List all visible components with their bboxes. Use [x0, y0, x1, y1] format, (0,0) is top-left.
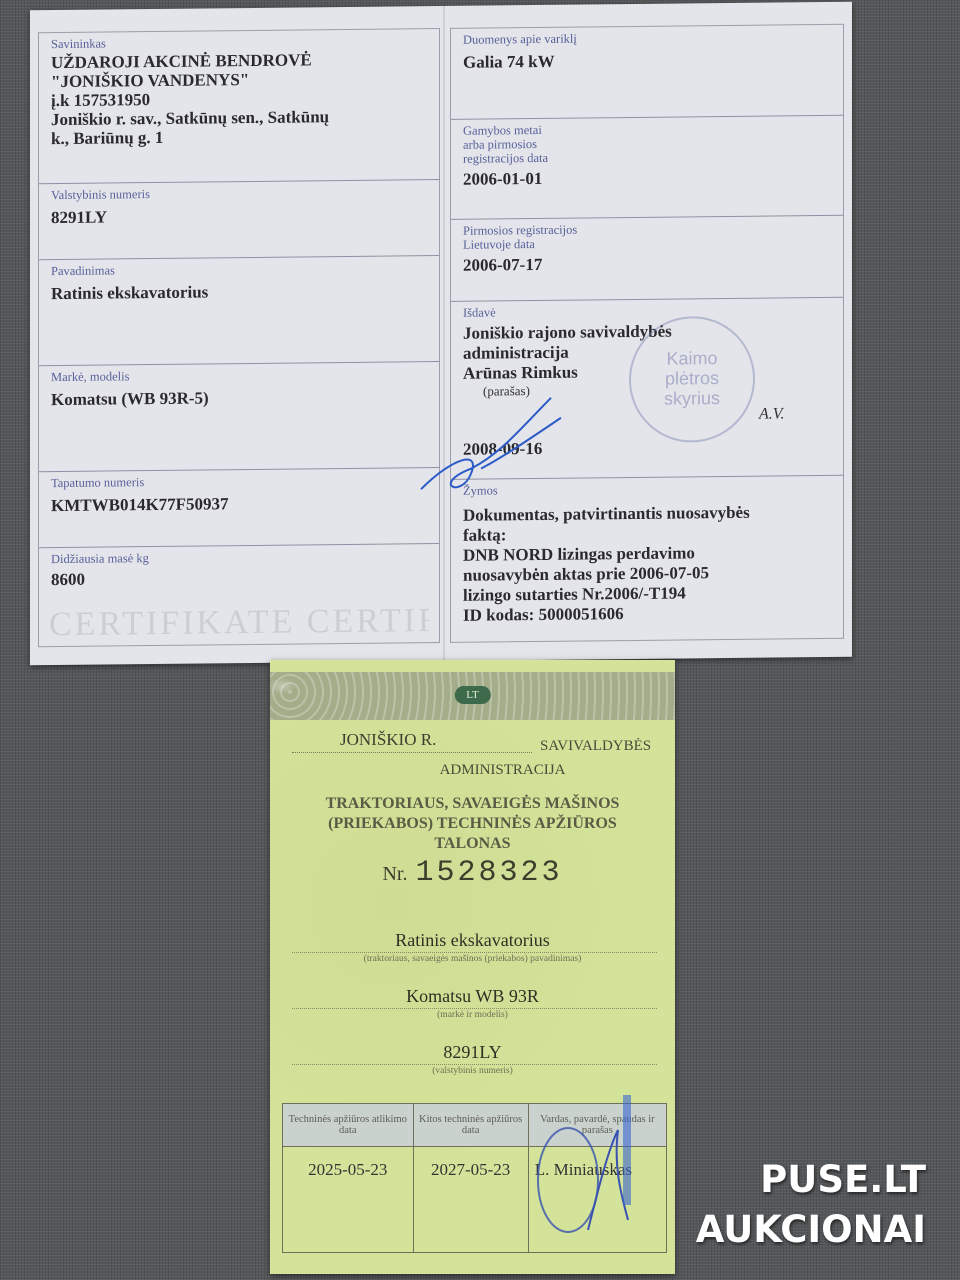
header-inspection-date: Techninės apžiūros atlikimo data — [283, 1104, 414, 1147]
first-registration-label: Pirmosios registracijos Lietuvoje data — [463, 220, 831, 252]
vehicle-name: Ratinis ekskavatorius — [270, 930, 675, 951]
first-registration-field: Pirmosios registracijos Lietuvoje data 2… — [451, 215, 843, 301]
name-label: Pavadinimas — [51, 260, 427, 278]
plate-label: Valstybinis numeris — [51, 184, 427, 202]
max-mass-label: Didžiausia masė kg — [51, 548, 427, 566]
owner-field: Savininkas UŽDAROJI AKCINĖ BENDROVĖ "JON… — [39, 29, 439, 183]
vehicle-registration-certificate: Savininkas UŽDAROJI AKCINĖ BENDROVĖ "JON… — [30, 2, 852, 666]
identity-number-value: KMTWB014K77F50937 — [51, 492, 427, 516]
owner-label: Savininkas — [51, 33, 427, 51]
max-mass-value: 8600 — [51, 566, 427, 590]
talon-number: Nr.1528323 — [270, 856, 675, 890]
header-next-inspection-date: Kitos techninės apžiūros data — [413, 1104, 528, 1147]
branding-line2: AUKCIONAI — [696, 1205, 926, 1255]
certificate-fold — [443, 6, 445, 661]
plate-number: 8291LY — [270, 1042, 675, 1063]
manufacture-field: Gamybos metai arba pirmosios registracij… — [451, 115, 843, 219]
next-inspection-date: 2027-05-23 — [413, 1147, 528, 1253]
plate-field: Valstybinis numeris 8291LY — [39, 179, 439, 259]
plate-caption: (valstybinis numeris) — [270, 1066, 675, 1076]
notes-value: Dokumentas, patvirtinantis nuosavybės fa… — [463, 502, 831, 626]
talon-number-label: Nr. — [382, 863, 407, 885]
talon-title: TRAKTORIAUS, SAVAEIGĖS MAŠINOS (PRIEKABO… — [270, 794, 675, 854]
make-model-caption: (markė ir modelis) — [270, 1010, 675, 1020]
engine-field: Duomenys apie variklį Galia 74 kW — [451, 25, 843, 119]
technical-inspection-talon: LT JONIŠKIO R. SAVIVALDYBĖS ADMINISTRACI… — [270, 660, 675, 1274]
talon-number-value: 1528323 — [415, 856, 562, 890]
branding-line1: PUSE.LT — [696, 1155, 926, 1205]
make-model-value: Komatsu (WB 93R-5) — [51, 386, 427, 410]
signature-icon — [411, 388, 571, 510]
av-mark: A.V. — [759, 405, 784, 423]
inspector-stamp-icon — [528, 1090, 638, 1240]
vehicle-name-caption: (traktoriaus, savaeigės mašinos (priekab… — [270, 954, 675, 964]
first-registration-value: 2006-07-17 — [463, 252, 831, 276]
vehicle-name-line — [292, 952, 657, 953]
make-model-label: Markė, modelis — [51, 366, 427, 384]
security-band: LT — [270, 672, 675, 720]
make-model: Komatsu WB 93R — [270, 986, 675, 1007]
manufacture-value: 2006-01-01 — [463, 166, 831, 190]
issuer-suffix: SAVIVALDYBĖS — [540, 738, 651, 755]
issuer-admin: ADMINISTRACIJA — [270, 762, 675, 779]
certificate-watermark: CERTIFIKATE CERTIFIKATE CERTIFIKATE — [49, 602, 429, 644]
name-value: Ratinis ekskavatorius — [51, 280, 427, 304]
name-field: Pavadinimas Ratinis ekskavatorius — [39, 255, 439, 365]
inspection-date: 2025-05-23 — [283, 1147, 414, 1253]
engine-label: Duomenys apie variklį — [463, 29, 831, 47]
issuer-place: JONIŠKIO R. — [340, 730, 436, 750]
engine-value: Galia 74 kW — [463, 49, 831, 73]
certificate-left-page: Savininkas UŽDAROJI AKCINĖ BENDROVĖ "JON… — [38, 28, 440, 647]
issued-by-label: Išdavė — [463, 302, 831, 320]
issuer-dotted-line — [292, 752, 532, 753]
identity-number-label: Tapatumo numeris — [51, 472, 427, 490]
make-model-line — [292, 1008, 657, 1009]
manufacture-label: Gamybos metai arba pirmosios registracij… — [463, 120, 831, 166]
identity-number-field: Tapatumo numeris KMTWB014K77F50937 — [39, 467, 439, 547]
lt-badge: LT — [454, 686, 490, 704]
plate-line — [292, 1064, 657, 1065]
make-model-field: Markė, modelis Komatsu (WB 93R-5) — [39, 361, 439, 471]
puse-lt-branding: PUSE.LT AUKCIONAI — [696, 1155, 926, 1255]
plate-value: 8291LY — [51, 204, 427, 228]
certificate-right-page: Duomenys apie variklį Galia 74 kW Gamybo… — [450, 24, 844, 643]
owner-value: UŽDAROJI AKCINĖ BENDROVĖ "JONIŠKIO VANDE… — [51, 49, 427, 148]
